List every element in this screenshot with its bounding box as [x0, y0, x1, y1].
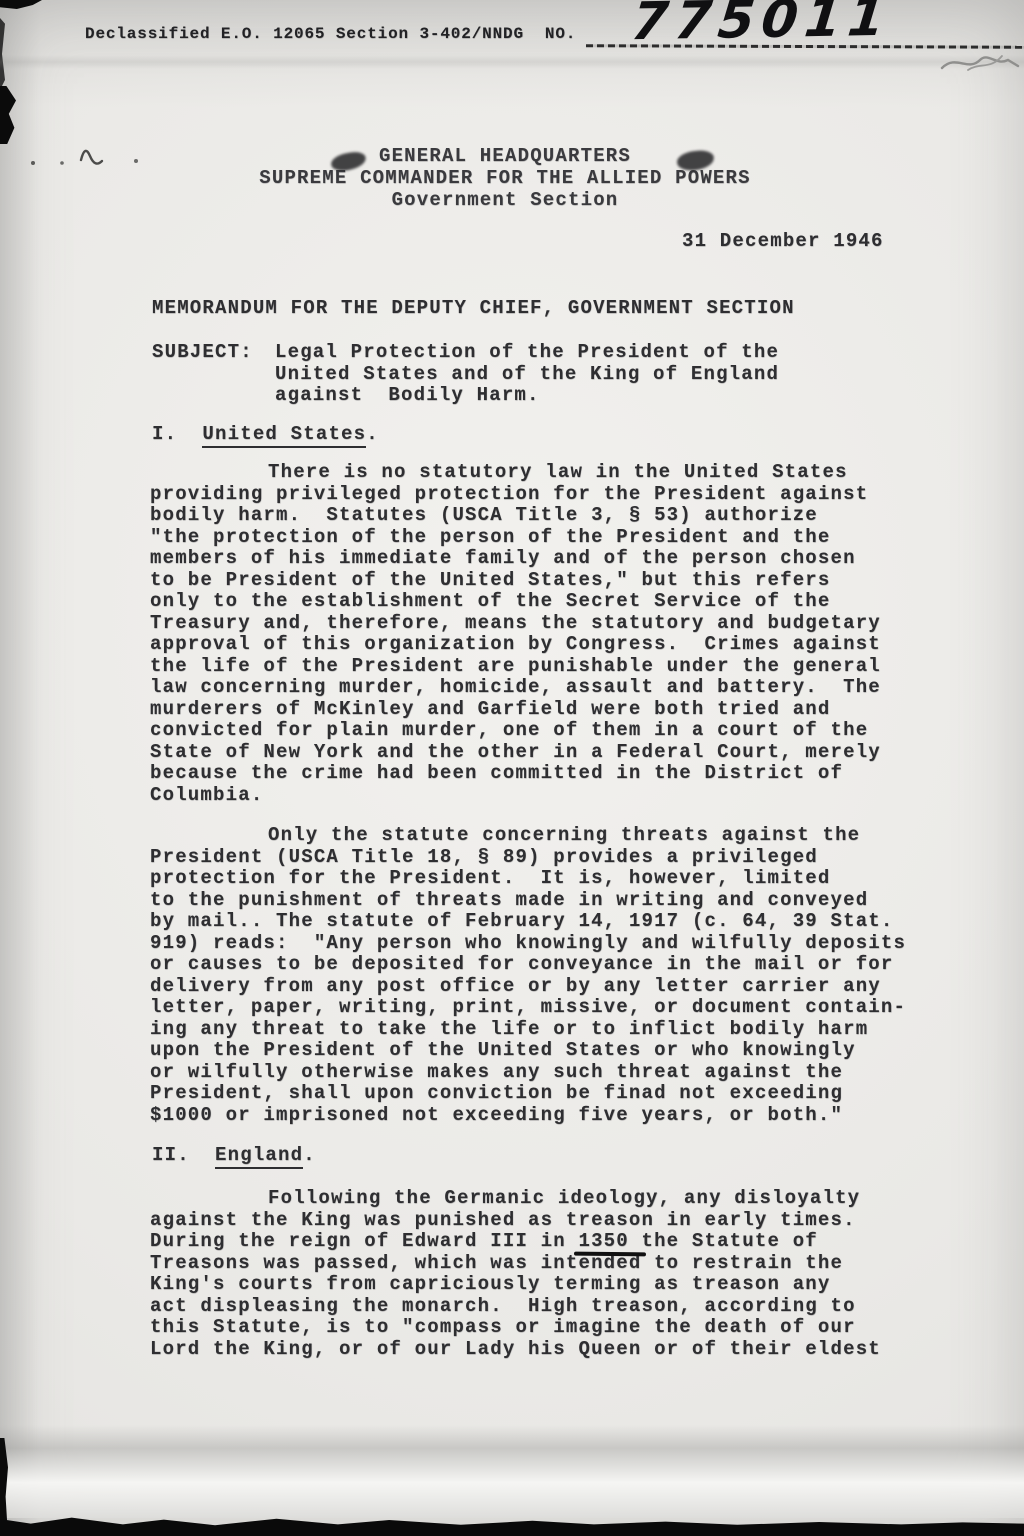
scan-artifact-top-left-strip [0, 86, 16, 144]
section-title-period: . [366, 423, 379, 445]
letterhead: GENERAL HEADQUARTERS SUPREME COMMANDER F… [105, 145, 905, 211]
handwritten-declassification-number: 775011 [629, 0, 895, 50]
section-title: England [215, 1144, 303, 1169]
scan-shadow-band [0, 1425, 1024, 1518]
subject-label: SUBJECT: [152, 342, 253, 364]
paragraph-england-treason: Following the Germanic ideology, any dis… [150, 1188, 940, 1360]
memo-recipient-line: MEMORANDUM FOR THE DEPUTY CHIEF, GOVERNM… [152, 298, 795, 320]
paragraph-us-statutes: There is no statutory law in the United … [150, 462, 940, 806]
subject-text: Legal Protection of the President of the… [275, 342, 779, 407]
section-heading-england: II. England. [152, 1145, 316, 1167]
handwritten-underline-1350 [574, 1252, 646, 1257]
paragraph-us-threat-statute: Only the statute concerning threats agai… [150, 825, 940, 1126]
scanned-memo-page: Declassified E.O. 12065 Section 3-402/NN… [0, 0, 1024, 1536]
scan-artifact-top-left-line [0, 18, 5, 90]
section-heading-united-states: I. United States. [152, 424, 379, 446]
pen-scribble-icon [938, 46, 1022, 80]
date-line: 31 December 1946 [682, 231, 884, 253]
declassification-stamp: Declassified E.O. 12065 Section 3-402/NN… [85, 24, 576, 46]
section-title: United States [202, 423, 366, 448]
section-number: I. [152, 423, 202, 445]
paper-crease [0, 55, 1024, 69]
section-title-period: . [303, 1144, 316, 1166]
section-number: II. [152, 1144, 215, 1166]
scan-artifact-top-left-nub [0, 0, 42, 9]
scan-artifact-bottom-band [0, 1516, 1024, 1536]
